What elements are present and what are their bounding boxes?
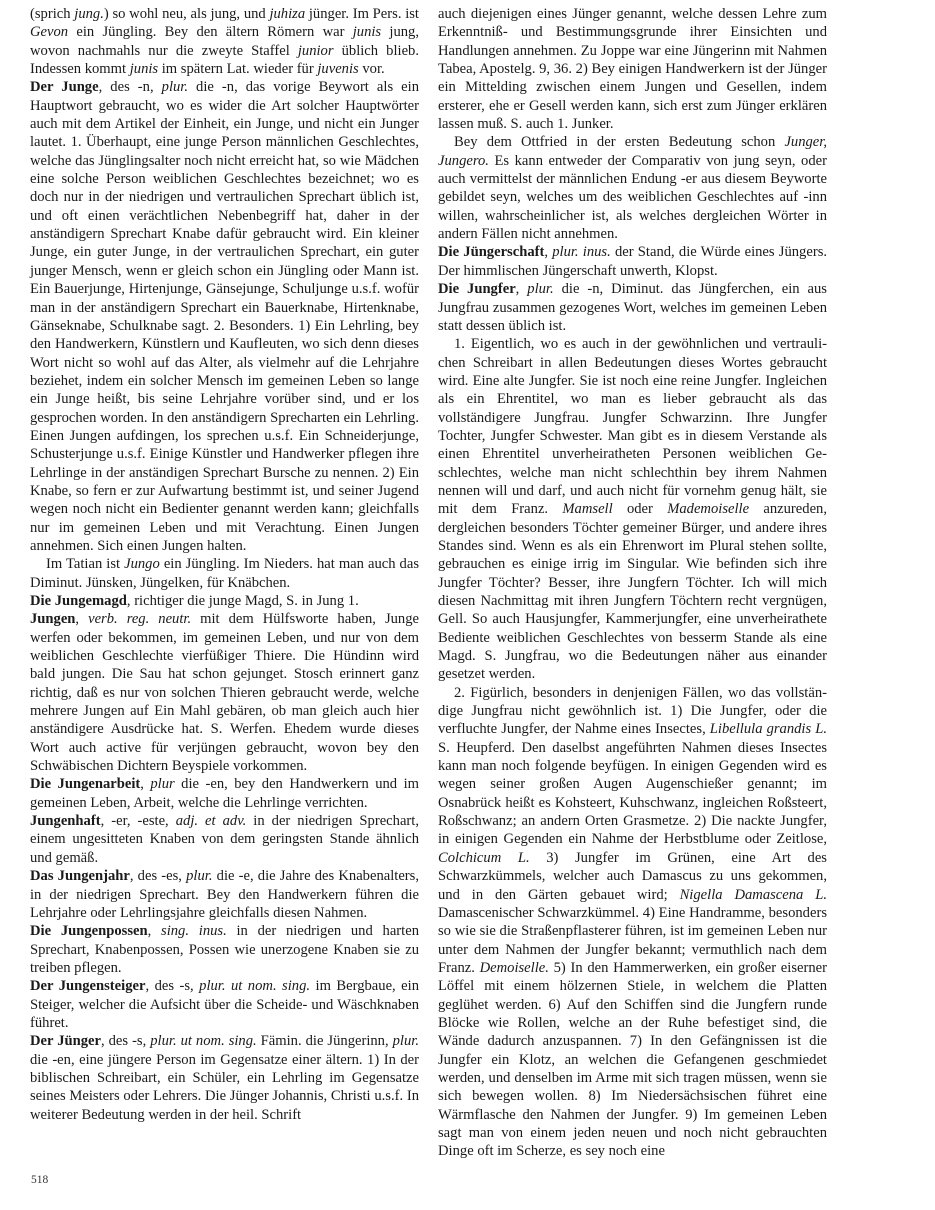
italic-term: Nigella Damascena L. xyxy=(680,887,827,903)
dictionary-entry: Die Jungfer, plur. die -n, Diminut. das … xyxy=(438,280,827,335)
italic-term: plur xyxy=(150,776,174,792)
text-run: jünger. Im Pers. ist xyxy=(305,6,419,22)
text-run: Bey dem Ottfried in der ersten Bedeutung… xyxy=(454,134,784,150)
italic-term: junis xyxy=(130,61,158,77)
italic-term: Mamsell xyxy=(562,501,612,517)
entry-headword: Der Jünger xyxy=(30,1033,101,1049)
italic-term: juhiza xyxy=(269,6,305,22)
paragraph: 2. Figürlich, besonders in denjenigen Fä… xyxy=(438,684,827,1161)
italic-term: junior xyxy=(298,43,334,59)
italic-term: plur. xyxy=(393,1033,419,1049)
dictionary-entry: Jungen, verb. reg. neutr. mit dem Hülfsw… xyxy=(30,610,419,775)
paragraph: Bey dem Ottfried in der ersten Bedeutung… xyxy=(438,133,827,243)
entry-headword: Die Jungenarbeit xyxy=(30,776,140,792)
entry-headword: Die Jungfer xyxy=(438,281,516,297)
italic-term: jung. xyxy=(74,6,104,22)
text-run: , xyxy=(516,281,528,297)
entry-headword: Die Jungemagd xyxy=(30,593,127,609)
italic-term: Gevon xyxy=(30,24,68,40)
text-run: anzureden, dergleichen besonders Töchter… xyxy=(438,501,827,682)
text-run: Es kann entweder der Comparativ von jung… xyxy=(438,153,827,242)
entry-headword: Die Jungenpossen xyxy=(30,923,148,939)
page-number: 518 xyxy=(31,1174,48,1186)
text-run: oder xyxy=(613,501,668,517)
dictionary-entry: Die Jungenpossen, sing. inus. in der nie… xyxy=(30,922,419,977)
italic-term: plur. xyxy=(186,868,212,884)
italic-term: sing. inus. xyxy=(161,923,227,939)
italic-term: plur. xyxy=(162,79,188,95)
dictionary-entry: Der Jünger, des -s, plur. ut nom. sing. … xyxy=(30,1032,419,1124)
text-run: 1. Eigentlich, wo es auch in der gewöhnl… xyxy=(438,336,827,517)
dictionary-entry: Die Jungemagd, richtiger die junge Magd,… xyxy=(30,592,419,610)
italic-term: plur. inus. xyxy=(552,244,611,260)
italic-term: Colchicum L. xyxy=(438,850,530,866)
text-run: die -n, das vorige Beywort als ein Haupt… xyxy=(30,79,419,554)
text-run: , des -s, xyxy=(101,1033,150,1049)
text-run: im spätern Lat. wieder für xyxy=(158,61,317,77)
entry-headword: Der Junge xyxy=(30,79,99,95)
dictionary-entry: Jungenhaft, -er, -este, adj. et adv. in … xyxy=(30,812,419,867)
entry-headword: Das Jungenjahr xyxy=(30,868,130,884)
dictionary-entry: Die Jungenarbeit, plur die -en, bey den … xyxy=(30,775,419,812)
text-run: , xyxy=(75,611,88,627)
entry-headword: Jungenhaft xyxy=(30,813,101,829)
paragraph: 1. Eigentlich, wo es auch in der gewöhnl… xyxy=(438,335,827,684)
paragraph: auch diejenigen eines Jünger genannt, we… xyxy=(438,5,827,133)
italic-term: plur. ut nom. sing. xyxy=(150,1033,256,1049)
text-run: die -en, eine jüngere Person im Gegensat… xyxy=(30,1052,419,1123)
text-run: , des -es, xyxy=(130,868,186,884)
dictionary-entry: Der Jungensteiger, des -s, plur. ut nom.… xyxy=(30,977,419,1032)
text-run: , -er, -este, xyxy=(101,813,176,829)
italic-term: Jungo xyxy=(124,556,160,572)
italic-term: plur. xyxy=(527,281,553,297)
entry-headword: Der Jungensteiger xyxy=(30,978,145,994)
text-run: mit dem Hülfsworte haben, Junge werfen o… xyxy=(30,611,419,774)
text-run: ) so wohl neu, als jung, und xyxy=(104,6,270,22)
text-run: (sprich xyxy=(30,6,74,22)
italic-term: plur. ut nom. sing. xyxy=(199,978,310,994)
text-run: , des -s, xyxy=(145,978,199,994)
text-run: , xyxy=(140,776,150,792)
text-run: , xyxy=(148,923,161,939)
italic-term: juvenis xyxy=(317,61,358,77)
left-column: (sprich jung.) so wohl neu, als jung, un… xyxy=(30,5,419,1124)
italic-term: adj. et adv. xyxy=(176,813,247,829)
text-run: Fämin. die Jüngerinn, xyxy=(257,1033,393,1049)
italic-term: Demoiselle. xyxy=(480,960,549,976)
text-run: ein Jüngling. Bey den ältern Römern war xyxy=(68,24,353,40)
paragraph: Im Tatian ist Jungo ein Jüngling. Im Nie… xyxy=(30,555,419,592)
entry-headword: Die Jüngerschaft xyxy=(438,244,544,260)
text-run: , richtiger die junge Magd, S. in Jung 1… xyxy=(127,593,359,609)
paragraph: (sprich jung.) so wohl neu, als jung, un… xyxy=(30,5,419,78)
dictionary-entry: Die Jüngerschaft, plur. inus. der Stand,… xyxy=(438,243,827,280)
text-run: auch diejenigen eines Jünger genannt, we… xyxy=(438,6,827,132)
italic-term: verb. reg. neutr. xyxy=(88,611,191,627)
italic-term: junis xyxy=(353,24,381,40)
text-run: , des -n, xyxy=(99,79,162,95)
italic-term: Mademoiselle xyxy=(667,501,749,517)
text-run: vor. xyxy=(359,61,385,77)
dictionary-entry: Der Junge, des -n, plur. die -n, das vor… xyxy=(30,78,419,555)
text-run: S. Heupferd. Den daselbst angeführten Na… xyxy=(438,740,827,848)
entry-headword: Jungen xyxy=(30,611,75,627)
dictionary-entry: Das Jungenjahr, des -es, plur. die -e, d… xyxy=(30,867,419,922)
text-run: 5) In den Hammerwerken, ein großer eiser… xyxy=(438,960,827,1159)
italic-term: Libellula grandis L. xyxy=(710,721,827,737)
text-run: Im Tatian ist xyxy=(46,556,124,572)
right-column: auch diejenigen eines Jünger genannt, we… xyxy=(438,5,827,1161)
